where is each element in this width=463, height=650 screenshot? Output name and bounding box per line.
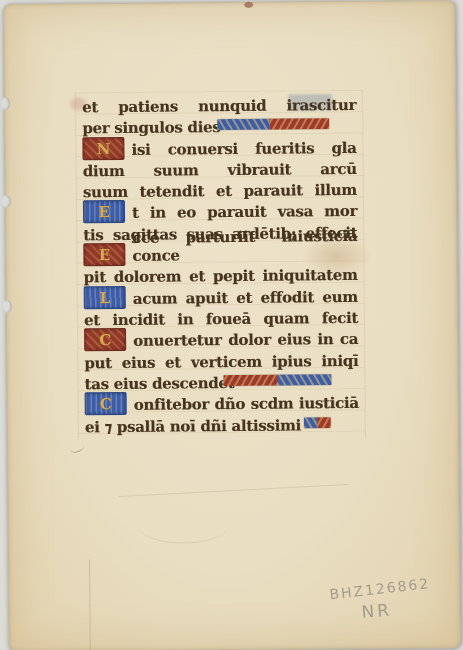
pen-flourish <box>69 441 85 454</box>
script-line: L acum apuit et effodit eum <box>84 285 358 308</box>
parchment-leaf: et patiens nunquid irascitur per singulo… <box>3 0 461 650</box>
line-filler-red-segment <box>269 118 329 130</box>
script-text: onuertetur dolor eius in ca <box>133 330 358 350</box>
line-filler-blue-segment <box>217 119 269 130</box>
script-text: isi conuersi fueritis gla <box>131 139 356 159</box>
illuminated-initial: E <box>83 243 125 266</box>
script-text: et patiens nunquid irascitur <box>82 96 356 116</box>
line-filler-red-segment <box>317 417 331 428</box>
script-line: dium suum vibrauit arcū <box>83 157 357 180</box>
illuminated-initial: L <box>84 286 126 309</box>
script-text: onfitebor dño scdm iusticiā <box>134 394 359 414</box>
binding-notch <box>0 97 10 110</box>
script-text: t in eo parauit vasa mor <box>132 202 357 222</box>
script-line: put eius et verticem ipius iniqī <box>84 349 358 372</box>
ruling-line-vertical <box>75 92 79 440</box>
script-text: put eius et verticem ipius iniqī <box>84 352 358 372</box>
line-filler-red-segment <box>223 375 277 386</box>
script-text: pit dolorem et pepit iniquitatem <box>83 266 357 286</box>
script-text: cce parturiit iniusticiā conce <box>132 227 357 265</box>
binding-notch <box>1 195 11 208</box>
script-line: C onuertetur dolor eius in ca <box>84 327 358 350</box>
script-text: suum tetendit et parauit illum <box>83 181 357 201</box>
line-filler-blue-segment <box>304 417 317 428</box>
line-filler-blue-segment <box>277 374 331 385</box>
script-line: E cce parturiit iniusticiā conce <box>83 242 357 265</box>
script-line: suum tetendit et parauit illum <box>83 178 357 201</box>
binding-notch <box>2 300 12 313</box>
scratch-mark <box>139 508 229 544</box>
script-text: et incidit in foueā quam fecit <box>84 309 358 329</box>
crease <box>89 559 91 650</box>
script-line: E t in eo parauit vasa mor <box>83 199 357 222</box>
line-filler <box>217 118 329 130</box>
script-line: pit dolorem et pepit iniquitatem <box>83 263 357 286</box>
edge-stain <box>244 2 253 8</box>
script-text: dium suum vibrauit arcū <box>83 160 357 180</box>
scratch-mark <box>119 484 349 497</box>
script-text: acum apuit et effodit eum <box>133 288 358 308</box>
illuminated-initial: C <box>85 392 127 415</box>
illuminated-initial: E <box>83 200 125 223</box>
script-line: et incidit in foueā quam fecit <box>84 306 358 329</box>
pencil-shelfmark: BHZ126862 <box>329 576 431 603</box>
script-line: C onfitebor dño scdm iusticiā <box>85 391 359 414</box>
illuminated-initial: C <box>84 328 126 351</box>
script-line: et patiens nunquid irascitur <box>82 93 356 116</box>
pencil-initials: NR <box>361 601 393 623</box>
manuscript-photo: et patiens nunquid irascitur per singulo… <box>0 0 463 650</box>
script-line: N isi conuersi fueritis gla <box>82 136 356 159</box>
line-filler <box>223 374 331 386</box>
illuminated-initial: N <box>82 137 124 160</box>
line-filler <box>304 417 331 428</box>
